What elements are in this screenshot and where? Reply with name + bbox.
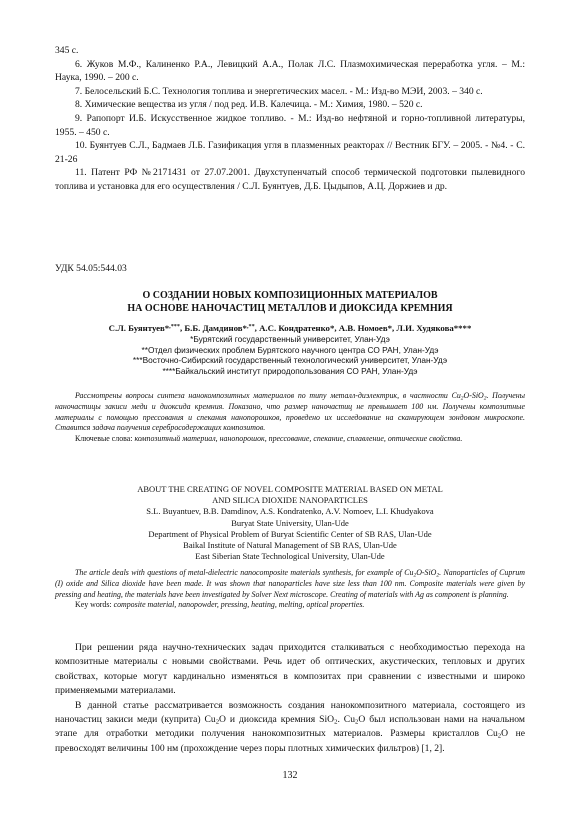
affiliation-en: Department of Physical Problem of Buryat… [55,529,525,540]
keywords-value: composite material, nanopowder, pressing… [114,600,365,609]
affiliation-en: Buryat State University, Ulan-Ude [55,518,525,529]
reference-item: 10. Буянтуев С.Л., Бадмаев Л.Б. Газифика… [55,139,525,166]
abstract-en-text: The article deals with questions of meta… [55,568,525,600]
title-ru-line1: О СОЗДАНИИ НОВЫХ КОМПОЗИЦИОННЫХ МАТЕРИАЛ… [55,289,525,302]
author: А.С. Кондратенко*, [259,323,339,333]
article-body: При решении ряда научно-технических зада… [55,641,525,756]
affiliation: ***Восточно-Сибирский государственный те… [55,355,525,366]
affiliations-ru: *Бурятский государственный университет, … [55,334,525,376]
affiliation: *Бурятский государственный университет, … [55,334,525,345]
keywords-value: композитный материал, нанопорошок, пресс… [134,434,462,443]
reference-item: 6. Жуков М.Ф., Калиненко Р.А., Левицкий … [55,58,525,85]
reference-item: 11. Патент РФ №2171431 от 27.07.2001. Дв… [55,166,525,193]
reference-item: 7. Белосельский Б.С. Технология топлива … [55,85,525,99]
author: А.В. Номоев*, [339,323,397,333]
keywords-label: Ключевые слова: [75,434,132,443]
keywords-label: Key words: [75,600,112,609]
affiliation: ****Байкальский институт природопользова… [55,366,525,377]
authors-en: S.L. Buyantuev, B.B. Damdinov, A.S. Kond… [55,506,525,517]
body-paragraph: При решении ряда научно-технических зада… [55,641,525,699]
affiliation-en: East Siberian State Technological Univer… [55,551,525,562]
affiliation: **Отдел физических проблем Бурятского на… [55,345,525,356]
authors-ru: С.Л. Буянтуев*,***, Б.Б. Дамдинов*,**, А… [55,322,525,334]
reference-item: 8. Химические вещества из угля / под ред… [55,98,525,112]
affiliation-en: Baikal Institute of Natural Management o… [55,540,525,551]
keywords-en: Key words: composite material, nanopowde… [55,600,525,611]
page-number: 132 [55,770,525,781]
title-en-line2: AND SILICA DIOXIDE NANOPARTICLES [55,495,525,506]
abstract-en: The article deals with questions of meta… [55,568,525,611]
title-ru-line2: НА ОСНОВЕ НАНОЧАСТИЦ МЕТАЛЛОВ И ДИОКСИДА… [55,302,525,315]
keywords-ru: Ключевые слова: композитный материал, на… [55,434,525,445]
reference-continuation: 345 с. [55,44,525,58]
reference-item: 9. Рапопорт И.Б. Искусственное жидкое то… [55,112,525,139]
reference-list: 345 с. 6. Жуков М.Ф., Калиненко Р.А., Ле… [55,44,525,194]
author: С.Л. Буянтуев*,***, [109,323,185,333]
abstract-ru-text: Рассмотрены вопросы синтеза нанокомпозит… [55,391,525,434]
article-header-en: ABOUT THE CREATING OF NOVEL COMPOSITE MA… [55,484,525,562]
body-paragraph: В данной статье рассматривается возможно… [55,699,525,757]
author: Л.И. Худякова**** [396,323,471,333]
author: Б.Б. Дамдинов*,**, [184,323,259,333]
title-en-line1: ABOUT THE CREATING OF NOVEL COMPOSITE MA… [55,484,525,495]
article-title-ru: О СОЗДАНИИ НОВЫХ КОМПОЗИЦИОННЫХ МАТЕРИАЛ… [55,289,525,315]
abstract-ru: Рассмотрены вопросы синтеза нанокомпозит… [55,391,525,445]
udk-code: УДК 54.05:544.03 [55,263,127,274]
